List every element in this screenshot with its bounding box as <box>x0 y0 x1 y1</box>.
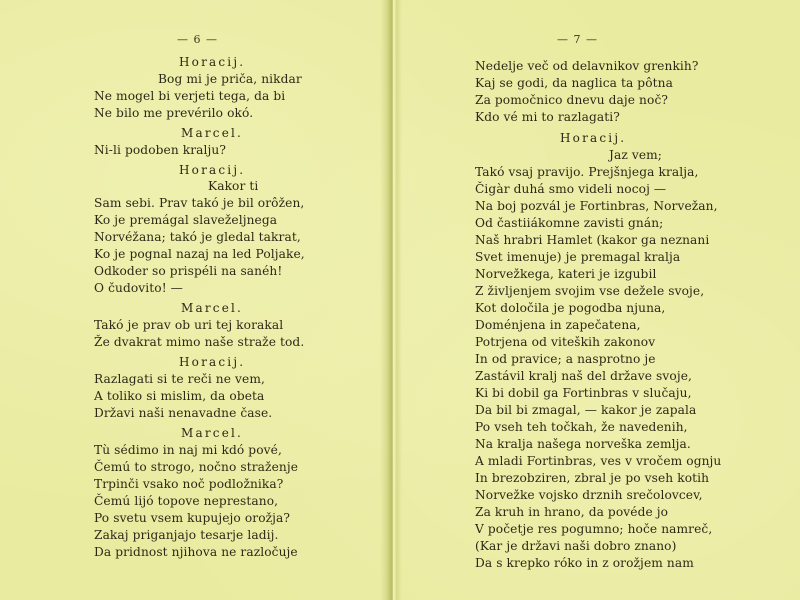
page-number-right: — 7 — <box>557 33 598 46</box>
speaker-heading: Marcel. <box>181 125 243 141</box>
verse-line: Naš hrabri Hamlet (kakor ga neznani <box>475 232 709 248</box>
verse-line: Po vseh teh točkah, že navedenih, <box>475 419 688 435</box>
verse-line: Trpinči vsako noč podložnika? <box>94 476 283 492</box>
verse-line: A mladi Fortinbras, ves v vročem ognju <box>475 453 721 469</box>
verse-line: Kakor ti <box>208 178 258 194</box>
verse-line: (Kar je državi naši dobro znano) <box>475 538 676 554</box>
speaker-heading: Marcel. <box>181 425 243 441</box>
verse-line: Jaz vem; <box>609 147 662 163</box>
speaker-heading: Horacij. <box>560 130 626 146</box>
page-number-left: — 6 — <box>177 33 218 46</box>
verse-line: Razlagati si te reči ne vem, <box>94 371 265 387</box>
verse-line: Ko je premágal slaveželjnega <box>94 212 277 228</box>
verse-line: Ki bi dobil ga Fortinbras v slučaju, <box>475 385 692 401</box>
verse-line: Sam sebi. Prav takó je bil orôžen, <box>94 195 304 211</box>
verse-line: Od častiiákomne zavisti gnán; <box>475 215 663 231</box>
verse-line: Državi naši nenavadne čase. <box>94 405 272 421</box>
book-spread: — 6 — Horacij.Bog mi je priča, nikdarNe … <box>0 0 800 600</box>
verse-line: Norvežkega, kateri je izgubil <box>475 266 656 282</box>
verse-line: Takó je prav ob uri tej korakal <box>94 317 283 333</box>
verse-line: Na kralja našega norveška zemlja. <box>475 436 691 452</box>
left-page: — 6 — Horacij.Bog mi je priča, nikdarNe … <box>0 0 385 600</box>
speaker-heading: Horacij. <box>179 354 245 370</box>
speaker-heading: Marcel. <box>181 300 243 316</box>
verse-line: A toliko si mislim, da obeta <box>94 388 264 404</box>
verse-line: Ko je pognal nazaj na led Poljake, <box>94 246 305 262</box>
verse-line: Nedelje več od delavnikov grenkih? <box>475 58 699 74</box>
verse-line: Zakaj priganjajo tesarje ladij. <box>94 527 278 543</box>
verse-line: Svet imenuje) je premagal kralja <box>475 249 680 265</box>
verse-line: Ne mogel bi verjeti tega, da bi <box>94 88 285 104</box>
verse-line: Po svetu vsem kupujejo orožja? <box>94 510 290 526</box>
speaker-heading: Horacij. <box>179 162 245 178</box>
verse-line: Kdo vé mi to razlagati? <box>475 109 620 125</box>
verse-line: In od pravice; a nasprotno je <box>475 351 656 367</box>
verse-line: Kot določila je pogodba njuna, <box>475 300 665 316</box>
verse-line: Čemú lijó topove neprestano, <box>94 493 278 509</box>
verse-line: Norvežke vojsko drznih srečolovcev, <box>475 487 703 503</box>
verse-line: Potrjena od viteških zakonov <box>475 334 655 350</box>
verse-line: Tù sédimo in naj mi kdó pové, <box>94 442 282 458</box>
verse-line: Kaj se godi, da naglica ta pôtna <box>475 75 673 91</box>
verse-line: Za kruh in hrano, da povéde jo <box>475 504 668 520</box>
verse-line: Ne bilo me prevérilo okó. <box>94 105 253 121</box>
verse-line: Norvéžana; takó je gledal takrat, <box>94 229 301 245</box>
verse-line: Ni-li podoben kralju? <box>94 142 226 158</box>
verse-line: Da bil bi zmagal, — kakor je zapala <box>475 402 696 418</box>
verse-line: Na boj pozvál je Fortinbras, Norvežan, <box>475 198 718 214</box>
verse-line: Odkoder so prispéli na sanéh! <box>94 263 282 279</box>
verse-line: Že dvakrat mimo naše straže tod. <box>94 334 304 350</box>
verse-line: Zastávil kralj naš del države svoje, <box>475 368 692 384</box>
speaker-heading: Horacij. <box>179 54 245 70</box>
verse-line: Bog mi je priča, nikdar <box>158 71 302 87</box>
verse-line: V početje res pogumno; hoče namreč, <box>475 521 712 537</box>
verse-line: Za pomočnico dnevu daje noč? <box>475 92 668 108</box>
verse-line: In brezobziren, zbral je po vseh kotih <box>475 470 709 486</box>
verse-line: Takó vsaj pravijo. Prejšnjega kralja, <box>475 164 698 180</box>
verse-line: Da pridnost njihova ne razločuje <box>94 544 298 560</box>
verse-line: Čigàr duhá smo videli nocoj — <box>475 181 666 197</box>
verse-line: Z življenjem svojim vse dežele svoje, <box>475 283 704 299</box>
right-page: — 7 — Nedelje več od delavnikov grenkih?… <box>395 0 800 600</box>
verse-line: Doménjena in zapečatena, <box>475 317 641 333</box>
verse-line: Da s krepko róko in z orožjem nam <box>475 555 694 571</box>
verse-line: Čemú to strogo, nočno straženje <box>94 459 298 475</box>
verse-line: O čudovito! — <box>94 280 183 296</box>
